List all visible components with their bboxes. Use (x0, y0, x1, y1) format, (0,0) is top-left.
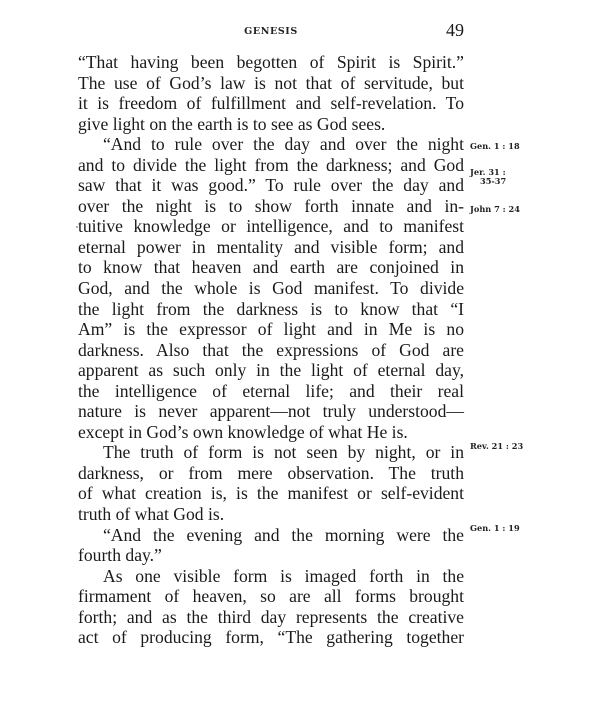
margin-note-ref: John 7 : 24 (470, 204, 520, 214)
text-line: the intelligence of eternal life; and th… (78, 381, 464, 402)
text-line: “And the evening and the morning were th… (78, 525, 464, 546)
print-speck (76, 226, 78, 228)
text-line: nature is never apparent—not truly under… (78, 401, 464, 422)
margin-note-ref: Rev. 21 : 23 (470, 441, 523, 451)
margin-note-ref: Gen. 1 : 19 (470, 523, 520, 533)
body-text: “That having been begotten of Spirit is … (78, 52, 464, 648)
text-line: firmament of heaven, so are all forms br… (78, 586, 464, 607)
text-line: “And to rule over the day and over the n… (78, 134, 464, 155)
book-page: GENESIS 49 “That having been begotten of… (0, 0, 600, 709)
text-line: over the night is to show forth innate a… (78, 196, 464, 217)
page-number: 49 (446, 20, 464, 41)
running-head: GENESIS 49 (78, 20, 464, 42)
margin-note-ref: Gen. 1 : 18 (470, 141, 520, 151)
text-line: The truth of form is not seen by night, … (78, 442, 464, 463)
text-line: saw that it was good.” To rule over the … (78, 175, 464, 196)
text-line: darkness, or from mere observation. The … (78, 463, 464, 484)
text-line: act of producing form, “The gathering to… (78, 627, 464, 648)
margin-note-jer-31: Jer. 31 : 35-37 (470, 168, 506, 186)
text-line: give light on the earth is to see as God… (78, 114, 464, 135)
text-line: The use of God’s law is not that of serv… (78, 73, 464, 94)
margin-note-gen-1-19: Gen. 1 : 19 (470, 524, 520, 533)
text-line: Am” is the expressor of light and in Me … (78, 319, 464, 340)
text-line: it is freedom of fulfillment and self-re… (78, 93, 464, 114)
text-line: the light from the darkness is to know t… (78, 299, 464, 320)
text-line: As one visible form is imaged forth in t… (78, 566, 464, 587)
margin-note-verses: 35-37 (470, 177, 506, 186)
text-line: except in God’s own knowledge of what He… (78, 422, 464, 443)
running-title: GENESIS (78, 26, 464, 37)
margin-note-rev-21-23: Rev. 21 : 23 (470, 442, 523, 451)
text-line: tuitive knowledge or intelligence, and t… (78, 216, 464, 237)
margin-note-gen-1-18: Gen. 1 : 18 (470, 142, 520, 151)
text-line: truth of what God is. (78, 504, 464, 525)
text-line: forth; and as the third day represents t… (78, 607, 464, 628)
text-line: to know that heaven and earth are conjoi… (78, 257, 464, 278)
text-line: and to divide the light from the darknes… (78, 155, 464, 176)
text-line: apparent as such only in the light of et… (78, 360, 464, 381)
margin-note-john-7-24: John 7 : 24 (470, 205, 520, 214)
text-line: God, and the whole is God manifest. To d… (78, 278, 464, 299)
text-line: “That having been begotten of Spirit is … (78, 52, 464, 73)
text-line: eternal power in mentality and visible f… (78, 237, 464, 258)
text-line: darkness. Also that the expressions of G… (78, 340, 464, 361)
text-line: of what creation is, is the manifest or … (78, 483, 464, 504)
text-line: fourth day.” (78, 545, 464, 566)
